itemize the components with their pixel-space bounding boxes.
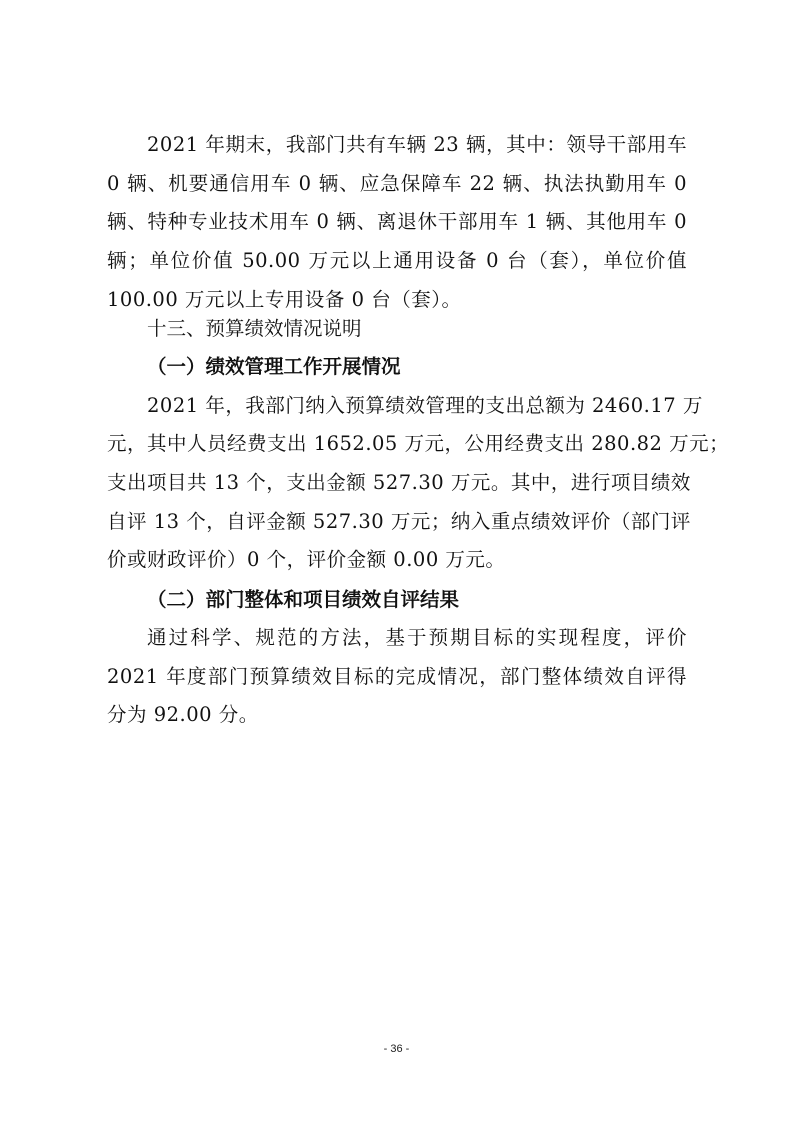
vehicles-paragraph-line-3: 辆、特种专业技术用车 0 辆、离退休干部用车 1 辆、其他用车 0 — [107, 210, 687, 234]
performance-paragraph-line-5: 价或财政评价）0 个，评价金额 0.00 万元。 — [107, 548, 687, 572]
performance-paragraph-line-2: 元，其中人员经费支出 1652.05 万元，公用经费支出 280.82 万元； — [107, 432, 687, 456]
self-evaluation-paragraph-line-1: 通过科学、规范的方法，基于预期目标的实现程度，评价 — [147, 626, 687, 650]
section-13-heading: 十三、预算绩效情况说明 — [147, 317, 362, 341]
vehicles-paragraph-line-4: 辆；单位价值 50.00 万元以上通用设备 0 台（套），单位价值 — [107, 249, 687, 273]
performance-paragraph-line-1: 2021 年，我部门纳入预算绩效管理的支出总额为 2460.17 万 — [147, 394, 687, 418]
self-evaluation-paragraph-line-3: 分为 92.00 分。 — [107, 703, 687, 727]
vehicles-paragraph-line-1: 2021 年期末，我部门共有车辆 23 辆，其中：领导干部用车 — [147, 133, 687, 157]
document-page: 2021 年期末，我部门共有车辆 23 辆，其中：领导干部用车 0 辆、机要通信… — [0, 0, 793, 1122]
vehicles-paragraph-line-2: 0 辆、机要通信用车 0 辆、应急保障车 22 辆、执法执勤用车 0 — [107, 172, 687, 196]
subsection-2-heading: （二）部门整体和项目绩效自评结果 — [147, 588, 459, 612]
performance-paragraph-line-4: 自评 13 个，自评金额 527.30 万元；纳入重点绩效评价（部门评 — [107, 510, 687, 534]
subsection-1-heading: （一）绩效管理工作开展情况 — [147, 355, 401, 379]
vehicles-paragraph-line-5: 100.00 万元以上专用设备 0 台（套）。 — [107, 288, 687, 312]
page-number: - 36 - — [0, 1043, 793, 1055]
performance-paragraph-line-3: 支出项目共 13 个，支出金额 527.30 万元。其中，进行项目绩效 — [107, 471, 687, 495]
self-evaluation-paragraph-line-2: 2021 年度部门预算绩效目标的完成情况，部门整体绩效自评得 — [107, 665, 687, 689]
